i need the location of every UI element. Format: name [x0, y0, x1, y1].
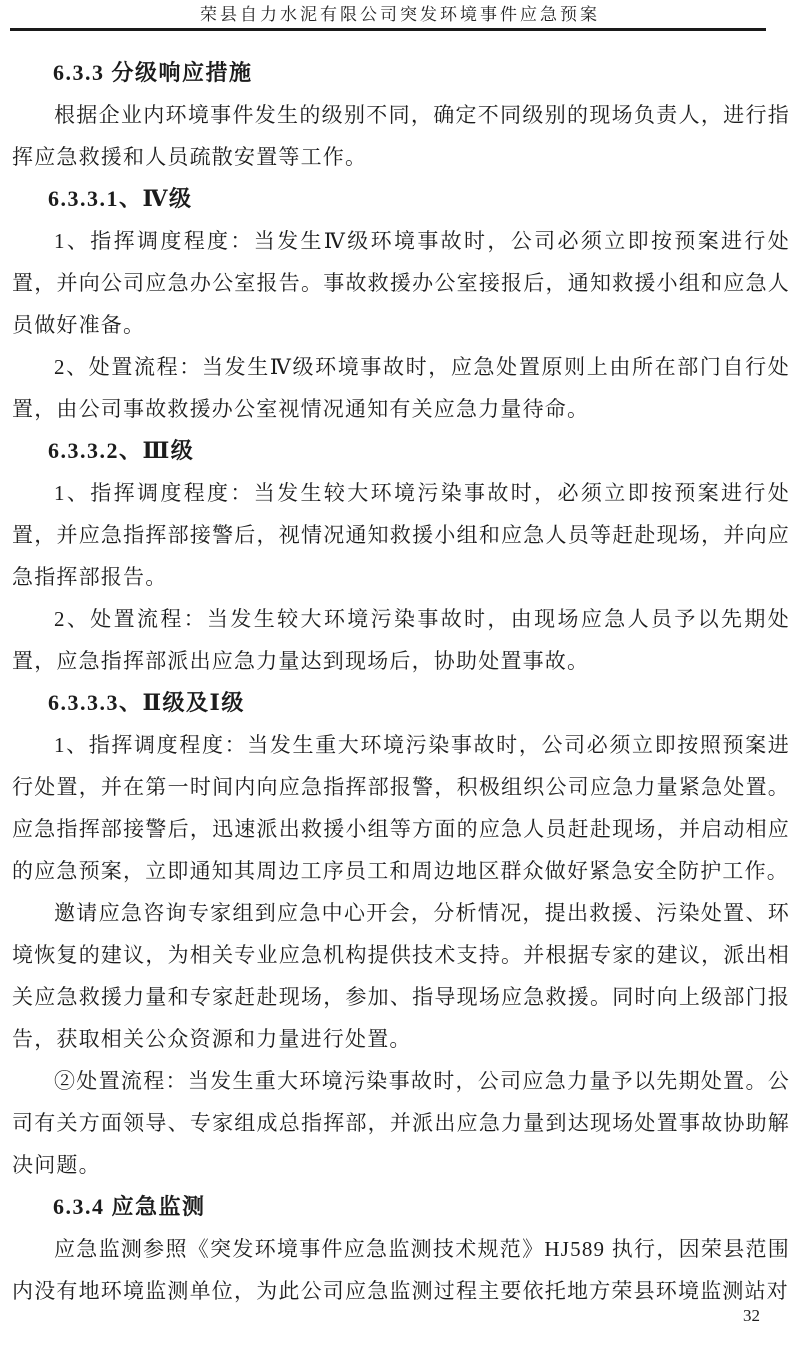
paragraph-intro: 根据企业内环境事件发生的级别不同，确定不同级别的现场负责人，进行指挥应急救援和人… [12, 94, 790, 178]
paragraph-level4-dispatch: 1、指挥调度程度：当发生Ⅳ级环境事故时，公司必须立即按预案进行处置，并向公司应急… [12, 220, 790, 346]
paragraph-level12-dispatch: 1、指挥调度程度：当发生重大环境污染事故时，公司必须立即按照预案进行处置，并在第… [12, 724, 790, 892]
section-heading-6-3-4: 6.3.4 应急监测 [53, 1186, 790, 1228]
subsection-heading-6-3-3-2: 6.3.3.2、Ⅲ级 [48, 430, 790, 472]
page-number: 32 [743, 1306, 760, 1326]
paragraph-level4-process: 2、处置流程：当发生Ⅳ级环境事故时，应急处置原则上由所在部门自行处置，由公司事故… [12, 346, 790, 430]
paragraph-level3-dispatch: 1、指挥调度程度：当发生较大环境污染事故时，必须立即按预案进行处置，并应急指挥部… [12, 472, 790, 598]
paragraph-level3-process: 2、处置流程：当发生较大环境污染事故时，由现场应急人员予以先期处置，应急指挥部派… [12, 598, 790, 682]
header-title: 荣县自力水泥有限公司突发环境事件应急预案 [0, 0, 800, 27]
paragraph-monitoring: 应急监测参照《突发环境事件应急监测技术规范》HJ589 执行，因荣县范围内没有地… [12, 1228, 790, 1312]
paragraph-expert-group: 邀请应急咨询专家组到应急中心开会，分析情况，提出救援、污染处置、环境恢复的建议，… [12, 892, 790, 1060]
subsection-heading-6-3-3-3: 6.3.3.3、Ⅱ级及Ⅰ级 [48, 682, 790, 724]
subsection-heading-6-3-3-1: 6.3.3.1、Ⅳ级 [48, 178, 790, 220]
document-page: 荣县自力水泥有限公司突发环境事件应急预案 6.3.3 分级响应措施 根据企业内环… [0, 0, 800, 1351]
section-heading-6-3-3: 6.3.3 分级响应措施 [53, 52, 790, 94]
paragraph-level12-process: ②处置流程：当发生重大环境污染事故时，公司应急力量予以先期处置。公司有关方面领导… [12, 1060, 790, 1186]
document-content: 6.3.3 分级响应措施 根据企业内环境事件发生的级别不同，确定不同级别的现场负… [0, 31, 800, 1312]
